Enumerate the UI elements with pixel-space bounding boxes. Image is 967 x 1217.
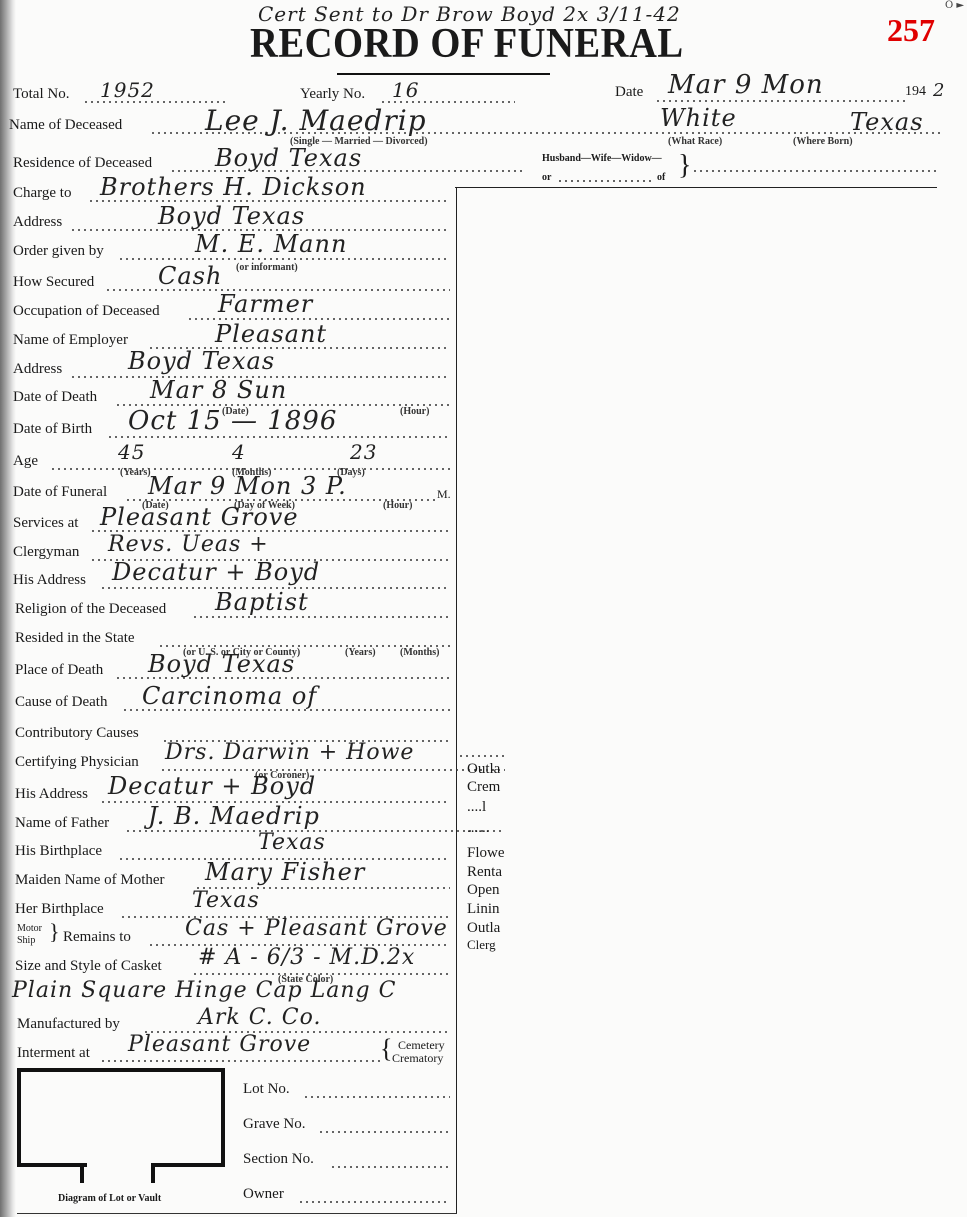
- total-no-value[interactable]: 1952: [100, 78, 155, 102]
- date-of-funeral-value[interactable]: Mar 9 Mon 3 P.: [148, 472, 347, 500]
- spouse-line-2-prefix: or: [542, 172, 551, 183]
- owner-label: Owner: [243, 1186, 284, 1203]
- interment-at-label: Interment at: [17, 1045, 90, 1062]
- name-of-deceased-value[interactable]: Lee J. Maedrip: [205, 104, 427, 137]
- remains-ship-label: Ship: [17, 935, 35, 946]
- truncated-label: ......: [467, 820, 490, 837]
- dotted-line: [100, 1060, 380, 1062]
- dotted-line: [330, 1166, 450, 1168]
- dotted-line: [557, 180, 655, 182]
- record-number-stamp: 257: [887, 12, 935, 49]
- dotted-line: [107, 436, 450, 438]
- book-spine-shadow: [0, 0, 16, 1217]
- lot-diagram-stub: [151, 1163, 155, 1183]
- clergyman-value[interactable]: Revs. Ueas +: [108, 532, 269, 557]
- page-title: RECORD OF FUNERAL: [250, 20, 684, 68]
- name-of-father-label: Name of Father: [15, 815, 109, 832]
- truncated-label: Linin: [467, 901, 500, 918]
- truncated-label: Clerg: [467, 937, 496, 953]
- certifying-physician-label: Certifying Physician: [15, 754, 139, 771]
- services-at-label: Services at: [13, 515, 78, 532]
- date-of-death-value[interactable]: Mar 8 Sun: [150, 376, 287, 404]
- brace: }: [678, 152, 691, 180]
- maiden-name-mother-value[interactable]: Mary Fisher: [205, 858, 365, 886]
- charge-to-label: Charge to: [13, 185, 71, 202]
- date-value[interactable]: Mar 9 Mon: [668, 70, 824, 100]
- lot-diagram-edge: [151, 1163, 221, 1167]
- father-birthplace-label: His Birthplace: [15, 843, 102, 860]
- truncated-label: Renta: [467, 864, 502, 881]
- residence-value[interactable]: Boyd Texas: [215, 144, 362, 172]
- truncated-label: Outla: [467, 920, 500, 937]
- dotted-line: [318, 1131, 450, 1133]
- remains-to-value[interactable]: Cas + Pleasant Grove: [185, 916, 448, 941]
- dotted-line: [692, 170, 937, 172]
- dotted-line: [298, 1201, 450, 1203]
- occupation-value[interactable]: Farmer: [218, 290, 313, 318]
- maiden-name-mother-label: Maiden Name of Mother: [15, 872, 165, 889]
- death-hour-caption: (Hour): [400, 406, 429, 417]
- how-secured-value[interactable]: Cash: [158, 262, 222, 290]
- informant-caption: (or informant): [236, 262, 298, 273]
- dotted-line: [118, 258, 450, 260]
- title-underline: [337, 73, 550, 75]
- truncated-label: ....l: [467, 799, 486, 816]
- occupation-label: Occupation of Deceased: [13, 303, 160, 320]
- lot-no-label: Lot No.: [243, 1081, 290, 1098]
- address-1-value[interactable]: Boyd Texas: [158, 202, 305, 230]
- place-of-death-value[interactable]: Boyd Texas: [148, 650, 295, 678]
- dotted-line: [192, 616, 450, 618]
- date-label: Date: [615, 84, 643, 101]
- grave-no-label: Grave No.: [243, 1116, 305, 1133]
- name-of-father-value[interactable]: J. B. Maedrip: [148, 802, 320, 830]
- date-year-suffix[interactable]: 2: [933, 80, 945, 101]
- section-no-label: Section No.: [243, 1151, 314, 1168]
- yearly-no-label: Yearly No.: [300, 86, 365, 103]
- order-given-by-value[interactable]: M. E. Mann: [195, 230, 347, 258]
- race-caption: (What Race): [668, 136, 722, 147]
- spouse-line-2-suffix: of: [657, 172, 665, 183]
- brace: {: [380, 1036, 392, 1062]
- casket-continuation-value[interactable]: Plain Square Hinge Cap Lang C: [12, 978, 396, 1003]
- dotted-line: [458, 755, 506, 757]
- residence-label: Residence of Deceased: [13, 155, 152, 172]
- resided-label: Resided in the State: [15, 630, 135, 647]
- religion-value[interactable]: Baptist: [215, 588, 309, 616]
- date-year-prefix: 194: [905, 84, 926, 100]
- age-years-caption: (Years): [120, 467, 151, 478]
- date-of-funeral-label: Date of Funeral: [13, 484, 107, 501]
- name-of-deceased-label: Name of Deceased: [9, 117, 122, 134]
- cause-of-death-label: Cause of Death: [15, 694, 107, 711]
- physician-address-value[interactable]: Decatur + Boyd: [108, 772, 316, 800]
- manufactured-by-value[interactable]: Ark C. Co.: [198, 1005, 321, 1030]
- religion-label: Religion of the Deceased: [15, 601, 166, 618]
- resided-months-caption: (Months): [400, 647, 439, 658]
- lot-diagram-box: [17, 1068, 225, 1167]
- truncated-label: Crem: [467, 779, 500, 796]
- truncated-label: Flowe: [467, 845, 505, 862]
- address-2-value[interactable]: Boyd Texas: [128, 347, 275, 375]
- lot-diagram-edge: [17, 1163, 87, 1167]
- dotted-line: [160, 769, 505, 771]
- interment-at-value[interactable]: Pleasant Grove: [128, 1032, 311, 1057]
- clergy-address-value[interactable]: Decatur + Boyd: [112, 558, 320, 586]
- brace: }: [49, 921, 60, 943]
- manufactured-by-label: Manufactured by: [17, 1016, 120, 1033]
- mother-birthplace-label: Her Birthplace: [15, 901, 104, 918]
- services-at-value[interactable]: Pleasant Grove: [100, 503, 299, 531]
- truncated-label: Outla: [467, 761, 500, 778]
- employer-label: Name of Employer: [13, 332, 128, 349]
- yearly-no-value[interactable]: 16: [392, 78, 419, 102]
- total-no-label: Total No.: [13, 86, 69, 103]
- date-of-birth-value[interactable]: Oct 15 — 1896: [128, 406, 337, 436]
- funeral-hour-caption: (Hour): [383, 500, 412, 511]
- age-days-value[interactable]: 23: [350, 440, 377, 464]
- charge-to-value[interactable]: Brothers H. Dickson: [100, 173, 367, 201]
- date-of-death-label: Date of Death: [13, 389, 97, 406]
- address-2-label: Address: [13, 361, 62, 378]
- casket-label: Size and Style of Casket: [15, 958, 162, 975]
- lot-diagram-stub: [80, 1163, 84, 1183]
- resided-years-caption: (Years): [345, 647, 376, 658]
- address-1-label: Address: [13, 214, 62, 231]
- cause-of-death-value[interactable]: Carcinoma of: [142, 682, 317, 710]
- race-value[interactable]: White: [660, 104, 737, 132]
- order-given-by-label: Order given by: [13, 243, 104, 260]
- age-years-value[interactable]: 45: [118, 440, 145, 464]
- mother-birthplace-value[interactable]: Texas: [192, 888, 260, 913]
- spouse-line-1: Husband—Wife—Widow—: [542, 153, 662, 164]
- age-months-value[interactable]: 4: [232, 440, 246, 464]
- age-label: Age: [13, 453, 38, 470]
- where-born-caption: (Where Born): [793, 136, 853, 147]
- column-divider: [456, 188, 457, 1213]
- where-born-value[interactable]: Texas: [850, 108, 924, 136]
- funeral-meridiem: M.: [437, 487, 451, 502]
- physician-address-label: His Address: [15, 786, 88, 803]
- dotted-line: [303, 1096, 450, 1098]
- certifying-physician-value[interactable]: Drs. Darwin + Howe: [165, 740, 414, 765]
- casket-value[interactable]: # A - 6/3 - M.D.2x: [198, 945, 415, 970]
- dotted-line: [655, 100, 905, 102]
- bottom-rule: [17, 1213, 457, 1214]
- lot-diagram-caption: Diagram of Lot or Vault: [58, 1193, 161, 1204]
- truncated-label: Open: [467, 882, 500, 899]
- remains-motor-label: Motor: [17, 923, 42, 934]
- clergy-address-label: His Address: [13, 572, 86, 589]
- date-of-birth-label: Date of Birth: [13, 421, 92, 438]
- father-birthplace-value[interactable]: Texas: [258, 830, 326, 855]
- section-rule: [455, 187, 937, 188]
- interment-crematory-option[interactable]: Crematory: [392, 1051, 443, 1066]
- clergyman-label: Clergyman: [13, 544, 79, 561]
- remains-to-label: Remains to: [63, 929, 131, 946]
- how-secured-label: How Secured: [13, 274, 94, 291]
- employer-value[interactable]: Pleasant: [215, 320, 327, 348]
- contributory-causes-label: Contributory Causes: [15, 725, 139, 742]
- place-of-death-label: Place of Death: [15, 662, 103, 679]
- corner-mark: O ►: [945, 0, 964, 11]
